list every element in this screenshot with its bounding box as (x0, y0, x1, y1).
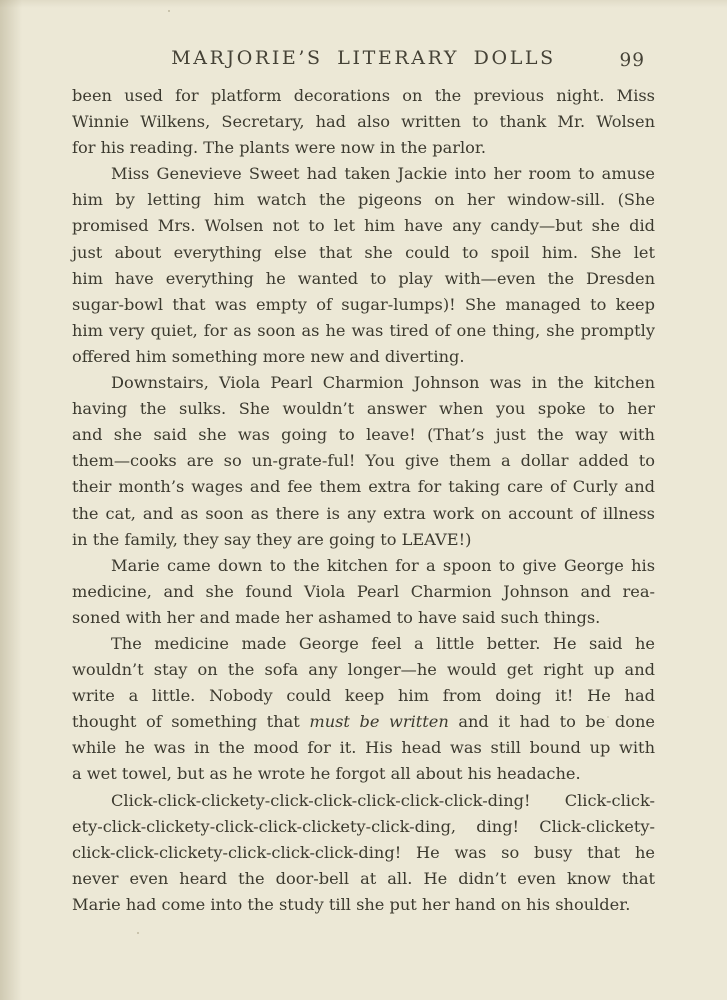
text-segment: Click-click-clickety-click-click-click-c… (111, 791, 655, 810)
text-segment: a wet towel, but as he wrote he forgot a… (72, 764, 581, 783)
text-line: Click-click-clickety-click-click-click-c… (72, 788, 655, 814)
text-line: Marie had come into the study till she p… (72, 892, 655, 918)
text-segment: Marie had come into the study till she p… (72, 895, 630, 914)
emphasized-text: must be written (309, 712, 448, 731)
text-line: him have everything he wanted to play wi… (72, 266, 655, 292)
text-segment: Miss Genevieve Sweet had taken Jackie in… (111, 164, 655, 183)
text-line: their month’s wages and fee them extra f… (72, 474, 655, 500)
text-line: in the family, they say they are going t… (72, 527, 655, 553)
text-line: sugar-bowl that was empty of sugar-lumps… (72, 292, 655, 318)
text-line: Winnie Wilkens, Secretary, had also writ… (72, 109, 655, 135)
text-segment: just about everything else that she coul… (72, 243, 655, 262)
text-line: medicine, and she found Viola Pearl Char… (72, 579, 655, 605)
text-segment: him very quiet, for as soon as he was ti… (72, 321, 655, 340)
text-segment: promised Mrs. Wolsen not to let him have… (72, 216, 655, 235)
page-number: 99 (619, 50, 645, 71)
text-line: wouldn’t stay on the sofa any longer—he … (72, 657, 655, 683)
text-segment: write a little. Nobody could keep him fr… (72, 686, 655, 705)
text-segment: and it had to be done (449, 712, 655, 731)
text-line: ety-click-clickety-click-click-clickety-… (72, 814, 655, 840)
text-line: while he was in the mood for it. His hea… (72, 735, 655, 761)
text-line: click-click-clickety-click-click-click-d… (72, 840, 655, 866)
text-segment: them—cooks are so un-grate-ful! You give… (72, 451, 655, 470)
page-body: been used for platform decorations on th… (72, 83, 655, 918)
text-segment: him by letting him watch the pigeons on … (72, 190, 655, 209)
text-segment: Downstairs, Viola Pearl Charmion Johnson… (111, 373, 655, 392)
paper-speck (137, 932, 139, 934)
text-segment: thought of something that (72, 712, 309, 731)
text-segment: for his reading. The plants were now in … (72, 138, 486, 157)
text-segment: Marie came down to the kitchen for a spo… (111, 556, 655, 575)
text-segment: the cat, and as soon as there is any ext… (72, 504, 655, 523)
text-line: just about everything else that she coul… (72, 240, 655, 266)
text-segment: Winnie Wilkens, Secretary, had also writ… (72, 112, 655, 131)
text-line: a wet towel, but as he wrote he forgot a… (72, 761, 655, 787)
text-line: soned with her and made her ashamed to h… (72, 605, 655, 631)
text-segment: and she said she was going to leave! (Th… (72, 425, 655, 444)
text-segment: click-click-clickety-click-click-click-d… (72, 843, 655, 862)
text-segment: their month’s wages and fee them extra f… (72, 477, 655, 496)
text-line: Miss Genevieve Sweet had taken Jackie in… (72, 161, 655, 187)
text-segment: never even heard the door-bell at all. H… (72, 869, 655, 888)
text-segment: him have everything he wanted to play wi… (72, 269, 655, 288)
text-segment: been used for platform decorations on th… (72, 86, 655, 105)
text-segment: in the family, they say they are going t… (72, 530, 471, 549)
text-line: write a little. Nobody could keep him fr… (72, 683, 655, 709)
text-line: him by letting him watch the pigeons on … (72, 187, 655, 213)
text-segment: while he was in the mood for it. His hea… (72, 738, 655, 757)
page-header: MARJORIE’S LITERARY DOLLS 99 (72, 47, 655, 75)
text-line: them—cooks are so un-grate-ful! You give… (72, 448, 655, 474)
paper-speck (168, 10, 170, 12)
text-segment: sugar-bowl that was empty of sugar-lumps… (72, 295, 655, 314)
text-line: offered him something more new and diver… (72, 344, 655, 370)
text-line: Downstairs, Viola Pearl Charmion Johnson… (72, 370, 655, 396)
text-line: the cat, and as soon as there is any ext… (72, 501, 655, 527)
text-line: having the sulks. She wouldn’t answer wh… (72, 396, 655, 422)
text-line: thought of something that must be writte… (72, 709, 655, 735)
text-segment: wouldn’t stay on the sofa any longer—he … (72, 660, 655, 679)
text-segment: The medicine made George feel a little b… (111, 634, 655, 653)
text-line: him very quiet, for as soon as he was ti… (72, 318, 655, 344)
text-segment: offered him something more new and diver… (72, 347, 465, 366)
text-line: never even heard the door-bell at all. H… (72, 866, 655, 892)
text-line: promised Mrs. Wolsen not to let him have… (72, 213, 655, 239)
book-page: MARJORIE’S LITERARY DOLLS 99 been used f… (0, 0, 727, 1000)
text-line: for his reading. The plants were now in … (72, 135, 655, 161)
text-line: The medicine made George feel a little b… (72, 631, 655, 657)
text-line: and she said she was going to leave! (Th… (72, 422, 655, 448)
text-segment: medicine, and she found Viola Pearl Char… (72, 582, 655, 601)
text-segment: ety-click-clickety-click-click-clickety-… (72, 817, 655, 836)
text-line: Marie came down to the kitchen for a spo… (72, 553, 655, 579)
running-title: MARJORIE’S LITERARY DOLLS (72, 47, 655, 69)
text-segment: soned with her and made her ashamed to h… (72, 608, 600, 627)
text-line: been used for platform decorations on th… (72, 83, 655, 109)
text-segment: having the sulks. She wouldn’t answer wh… (72, 399, 655, 418)
